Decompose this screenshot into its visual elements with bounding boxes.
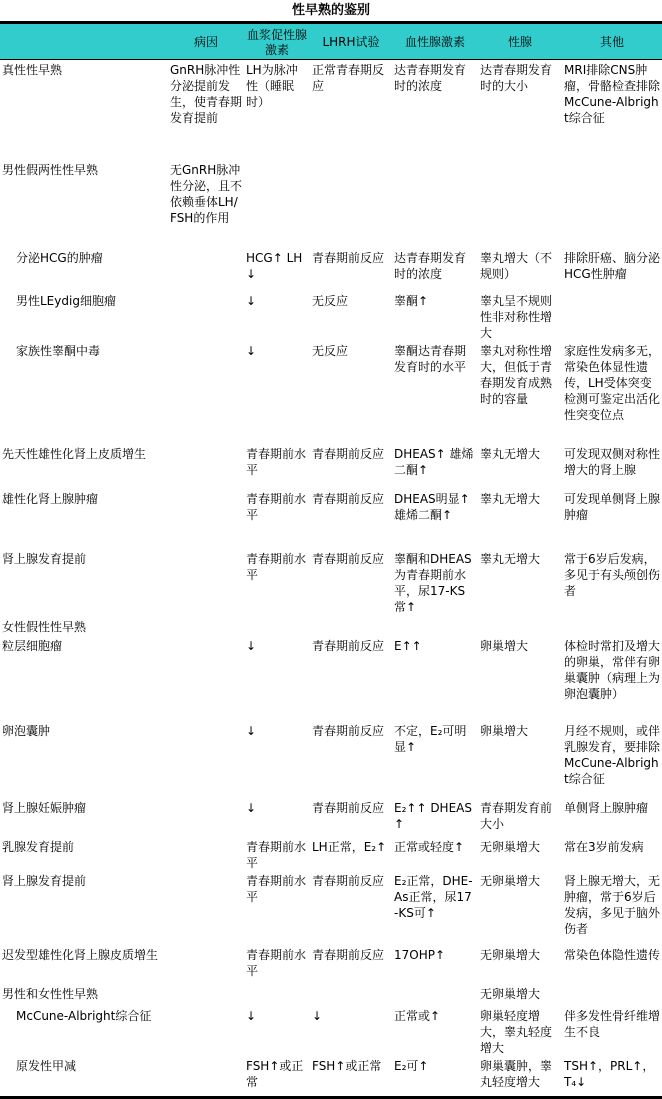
table-cell: 常在3岁前发病 (562, 837, 662, 871)
table-cell: 可发现双侧对称性增大的肾上腺 (562, 444, 662, 489)
table-cell: 正常或↑ (392, 1006, 478, 1056)
table-cell: 睾丸呈不规则性非对称性增大 (478, 291, 562, 341)
row-label: 家族性睾酮中毒 (0, 341, 168, 444)
table-cell: 青春期前反应 (310, 636, 392, 721)
table-cell: 无反应 (310, 291, 392, 341)
header-cell (0, 24, 168, 59)
table-cell: 月经不规则，或伴乳腺发育，要排除McCune-Albright综合征 (562, 721, 662, 798)
table-cell (168, 1056, 244, 1080)
table-cell (562, 984, 662, 1006)
table-cell: 青春期前水平 (244, 837, 310, 871)
table-cell: 单侧肾上腺肿瘤 (562, 798, 662, 837)
table-cell: 肾上腺无增大，无肿瘤，常于6岁后发病，多见于脑外伤者 (562, 871, 662, 945)
row-label: 肾上腺发育提前 (0, 871, 168, 945)
table-cell: 青春期前水平 (244, 489, 310, 549)
table-row: 乳腺发育提前青春期前水平LH正常，E₂↑正常或轻度↑无卵巢增大常在3岁前发病 (0, 837, 662, 871)
row-label: 真性性早熟 (0, 60, 168, 160)
table-cell: 卵巢囊肿，睾丸轻度增大 (478, 1056, 562, 1080)
table-row: 男性和女性性早熟无卵巢增大 (0, 984, 662, 1006)
table-cell: 青春期前反应 (310, 549, 392, 617)
table-cell (244, 617, 310, 636)
table-cell (392, 984, 478, 1006)
table-cell: 青春期前水平 (244, 871, 310, 945)
table-cell: 睾酮达青春期发育时的水平 (392, 341, 478, 444)
table-cell: 常于6岁后发病，多见于有头颅创伤者 (562, 549, 662, 617)
table-row: 男性LEydig细胞瘤↓无反应睾酮↑睾丸呈不规则性非对称性增大 (0, 291, 662, 341)
table-cell: 无反应 (310, 341, 392, 444)
table-cell: 睾丸增大（不规则） (478, 248, 562, 291)
table-cell: E₂正常，DHE-As正常，尿17-KS可↑ (392, 871, 478, 945)
table-cell (478, 617, 562, 636)
row-label: 男性和女性性早熟 (0, 984, 168, 1006)
table-cell: E₂↑↑ DHEAS↑ (392, 798, 478, 837)
table-cell: 正常青春期反应 (310, 60, 392, 160)
table-cell (168, 837, 244, 871)
table-cell (168, 984, 244, 1006)
table-cell: 睾丸对称性增大，但低于青春期发育成熟时的容量 (478, 341, 562, 444)
table-cell: E₂可↑ (392, 1056, 478, 1080)
header-cell-gonad: 性腺 (478, 24, 562, 59)
table-row: 真性性早熟GnRH脉冲性分泌提前发生，使青春期发育提前LH为脉冲性（睡眠时）正常… (0, 60, 662, 160)
table-cell: 青春期前反应 (310, 444, 392, 489)
table-cell: DHEAS↑ 雄烯二酮↑ (392, 444, 478, 489)
table-row: 家族性睾酮中毒↓无反应睾酮达青春期发育时的水平睾丸对称性增大，但低于青春期发育成… (0, 341, 662, 444)
table-cell (168, 489, 244, 549)
table-cell: 青春期前水平 (244, 945, 310, 984)
table-cell: ↓ (244, 341, 310, 444)
table-cell: 无卵巢增大 (478, 837, 562, 871)
table-cell: 达青春期发育时的浓度 (392, 60, 478, 160)
row-label: McCune-Albright综合征 (0, 1006, 168, 1056)
table-row: 迟发型雄性化肾上腺皮质增生青春期前水平青春期前反应17OHP↑无卵巢增大常染色体… (0, 945, 662, 984)
table-cell: 家庭性发病多无，常染色体显性遗传，LH受体突变检测可鉴定出活化性突变位点 (562, 341, 662, 444)
table-cell: 排除肝癌、脑分泌HCG性肿瘤 (562, 248, 662, 291)
table-cell: MRI排除CNS肿瘤，骨骼检查排除McCune-Albright综合征 (562, 60, 662, 160)
row-label: 乳腺发育提前 (0, 837, 168, 871)
table-row: 男性假两性性早熟无GnRH脉冲性分泌，且不依赖垂体LH/FSH的作用 (0, 160, 662, 248)
table-cell: 睾酮和DHEAS为青春期前水平，尿17-KS常↑ (392, 549, 478, 617)
table-cell: 青春期前反应 (310, 798, 392, 837)
table-cell: 睾丸无增大 (478, 489, 562, 549)
table-cell: 睾丸无增大 (478, 444, 562, 489)
table-cell: 达青春期发育时的大小 (478, 60, 562, 160)
table-cell: 无卵巢增大 (478, 984, 562, 1006)
row-label: 粒层细胞瘤 (0, 636, 168, 721)
table-cell (562, 291, 662, 341)
table-cell: 体检时常扪及增大的卵巢，常伴有卵巢囊肿（病理上为卵泡囊肿） (562, 636, 662, 721)
table-cell: 无卵巢增大 (478, 871, 562, 945)
table-row: 女性假性性早熟 (0, 617, 662, 636)
table-cell: 卵巢增大 (478, 721, 562, 798)
header-cell-sex-hormone: 血性腺激素 (392, 24, 478, 59)
row-label: 肾上腺发育提前 (0, 549, 168, 617)
table-row: McCune-Albright综合征↓↓正常或↑卵巢轻度增大，睾丸轻度增大伴多发… (0, 1006, 662, 1056)
table-cell (310, 160, 392, 248)
table-cell: 无卵巢增大 (478, 945, 562, 984)
table-row: 雄性化肾上腺肿瘤青春期前水平青春期前反应DHEAS明显↑ 雄烯二酮↑睾丸无增大可… (0, 489, 662, 549)
table-cell: 青春期前水平 (244, 444, 310, 489)
table-cell (392, 160, 478, 248)
table-cell: 睾丸无增大 (478, 549, 562, 617)
table-row: 原发性甲减FSH↑或正常FSH↑或正常E₂可↑卵巢囊肿，睾丸轻度增大TSH↑，P… (0, 1056, 662, 1080)
table-cell: TSH↑，PRL↑，T₄↓ (562, 1056, 662, 1080)
table-cell: 青春期前水平 (244, 549, 310, 617)
row-label: 女性假性性早熟 (0, 617, 168, 636)
table-cell: ↓ (244, 291, 310, 341)
table-cell: ↓ (310, 1006, 392, 1056)
table-cell: 可发现单侧肾上腺肿瘤 (562, 489, 662, 549)
table-cell: ↓ (244, 721, 310, 798)
table-cell (310, 617, 392, 636)
table-cell: 卵巢轻度增大，睾丸轻度增大 (478, 1006, 562, 1056)
table-cell (168, 798, 244, 837)
table-cell: ↓ (244, 636, 310, 721)
header-cell-cause: 病因 (168, 24, 244, 59)
header-cell-other: 其他 (562, 24, 662, 59)
table-cell: FSH↑或正常 (310, 1056, 392, 1080)
header-cell-lhrh-test: LHRH试验 (310, 24, 392, 59)
table-row: 粒层细胞瘤↓青春期前反应E↑↑卵巢增大体检时常扪及增大的卵巢，常伴有卵巢囊肿（病… (0, 636, 662, 721)
table-cell: GnRH脉冲性分泌提前发生，使青春期发育提前 (168, 60, 244, 160)
table-cell (168, 1006, 244, 1056)
table-row: 肾上腺发育提前青春期前水平青春期前反应E₂正常，DHE-As正常，尿17-KS可… (0, 871, 662, 945)
table-cell: 无GnRH脉冲性分泌，且不依赖垂体LH/FSH的作用 (168, 160, 244, 248)
table-cell (168, 617, 244, 636)
table-cell: 正常或轻度↑ (392, 837, 478, 871)
table-cell (168, 636, 244, 721)
table-cell: 常染色体隐性遗传 (562, 945, 662, 984)
table-cell: 青春期发育前大小 (478, 798, 562, 837)
table-cell: LH正常，E₂↑ (310, 837, 392, 871)
table-cell: 青春期前反应 (310, 248, 392, 291)
table-cell (244, 160, 310, 248)
table-row: 卵泡囊肿↓青春期前反应不定，E₂可明显↑卵巢增大月经不规则，或伴乳腺发育，要排除… (0, 721, 662, 798)
table-cell (168, 871, 244, 945)
row-label: 原发性甲减 (0, 1056, 168, 1080)
row-label: 分泌HCG的肿瘤 (0, 248, 168, 291)
table-cell (168, 721, 244, 798)
table-cell: E↑↑ (392, 636, 478, 721)
table-body: 真性性早熟GnRH脉冲性分泌提前发生，使青春期发育提前LH为脉冲性（睡眠时）正常… (0, 60, 662, 1080)
table-cell: FSH↑或正常 (244, 1056, 310, 1080)
table-row: 先天性雄性化肾上皮质增生青春期前水平青春期前反应DHEAS↑ 雄烯二酮↑睾丸无增… (0, 444, 662, 489)
table-cell: LH为脉冲性（睡眠时） (244, 60, 310, 160)
row-label: 男性假两性性早熟 (0, 160, 168, 248)
table-cell (168, 444, 244, 489)
table-cell (392, 617, 478, 636)
table-row: 肾上腺发育提前青春期前水平青春期前反应睾酮和DHEAS为青春期前水平，尿17-K… (0, 549, 662, 617)
table-cell: 青春期前反应 (310, 945, 392, 984)
table-cell: 达青春期发育时的浓度 (392, 248, 478, 291)
table-cell (168, 945, 244, 984)
table-cell (562, 617, 662, 636)
diagnosis-table: 病因 血浆促性腺激素 LHRH试验 血性腺激素 性腺 其他 真性性早熟GnRH脉… (0, 21, 662, 1080)
row-label: 迟发型雄性化肾上腺皮质增生 (0, 945, 168, 984)
table-cell: ↓ (244, 1006, 310, 1056)
table-cell (562, 160, 662, 248)
table-cell: 青春期前反应 (310, 721, 392, 798)
row-label: 先天性雄性化肾上皮质增生 (0, 444, 168, 489)
row-label: 男性LEydig细胞瘤 (0, 291, 168, 341)
table-cell: 睾酮↑ (392, 291, 478, 341)
table-cell: DHEAS明显↑ 雄烯二酮↑ (392, 489, 478, 549)
header-cell-gonadotropin: 血浆促性腺激素 (244, 24, 310, 59)
table-row: 肾上腺妊娠肿瘤↓青春期前反应E₂↑↑ DHEAS↑青春期发育前大小单侧肾上腺肿瘤 (0, 798, 662, 837)
table-cell: ↓ (244, 798, 310, 837)
page-title: 性早熟的鉴别 (0, 0, 662, 20)
row-label: 雄性化肾上腺肿瘤 (0, 489, 168, 549)
row-label: 卵泡囊肿 (0, 721, 168, 798)
table-cell (168, 341, 244, 444)
table-header: 病因 血浆促性腺激素 LHRH试验 血性腺激素 性腺 其他 (0, 24, 662, 60)
table-cell (168, 291, 244, 341)
table-cell: 青春期前反应 (310, 871, 392, 945)
row-label: 肾上腺妊娠肿瘤 (0, 798, 168, 837)
table-cell (244, 984, 310, 1006)
table-cell (168, 248, 244, 291)
table-cell: 伴多发性骨纤维增生不良 (562, 1006, 662, 1056)
table-row: 分泌HCG的肿瘤HCG↑ LH ↓青春期前反应达青春期发育时的浓度睾丸增大（不规… (0, 248, 662, 291)
table-cell (478, 160, 562, 248)
table-cell: 不定，E₂可明显↑ (392, 721, 478, 798)
table-cell: 17OHP↑ (392, 945, 478, 984)
table-cell (168, 549, 244, 617)
table-cell: HCG↑ LH ↓ (244, 248, 310, 291)
table-cell: 青春期前反应 (310, 489, 392, 549)
table-cell (310, 984, 392, 1006)
table-cell: 卵巢增大 (478, 636, 562, 721)
